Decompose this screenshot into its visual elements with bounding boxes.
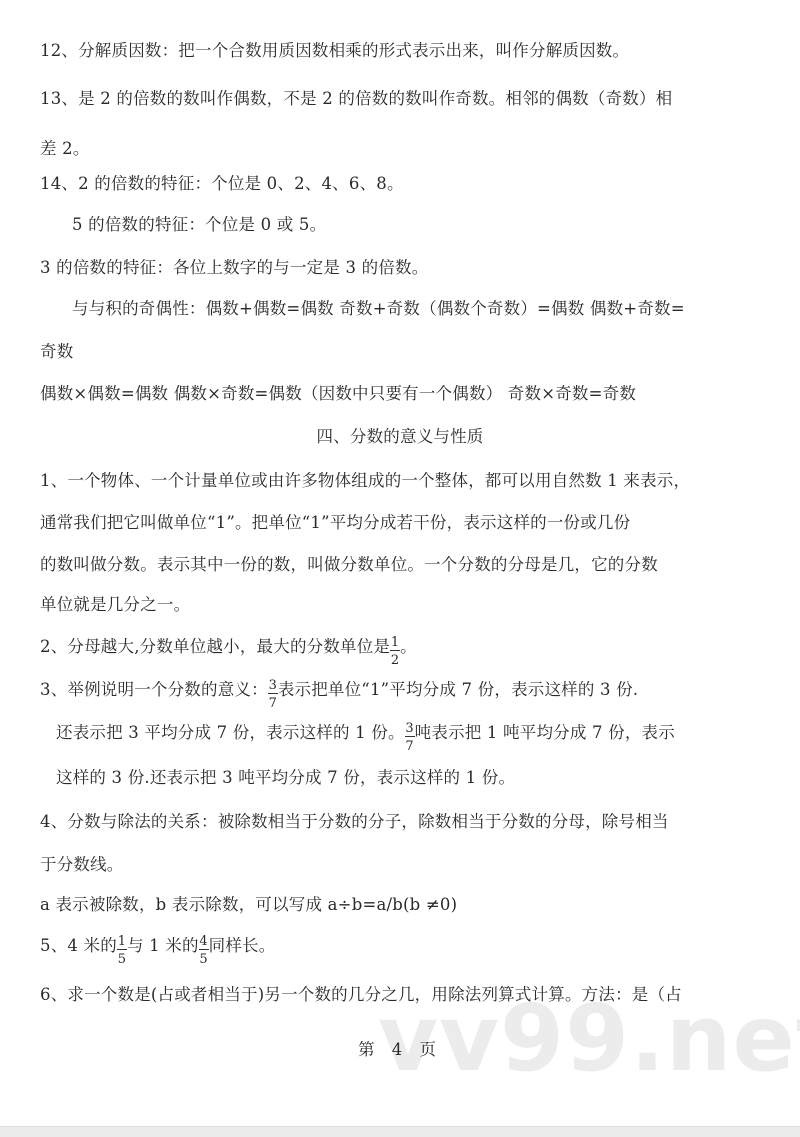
denominator: 5	[199, 950, 209, 966]
numerator: 1	[390, 636, 400, 651]
text: 5、4 米的	[40, 936, 117, 955]
item-5: 5、4 米的15与 1 米的45同样长。	[40, 935, 275, 966]
text-line: 偶数×偶数=偶数 偶数×奇数=偶数（因数中只要有一个偶数） 奇数×奇数=奇数	[40, 383, 636, 405]
numerator: 3	[268, 679, 278, 694]
text-line: 差 2。	[40, 138, 90, 160]
page-edge	[0, 1126, 800, 1137]
text: 吨表示把 1 吨平均分成 7 份，表示	[415, 723, 675, 742]
text: 与 1 米的	[127, 936, 199, 955]
text-line: 3 的倍数的特征：各位上数字的与一定是 3 的倍数。	[40, 257, 428, 279]
numerator: 4	[199, 935, 209, 950]
text: 。	[400, 637, 417, 656]
text-line: 的数叫做分数。表示其中一份的数，叫做分数单位。一个分数的分母是几，它的分数	[40, 554, 658, 576]
text: 还表示把 3 平均分成 7 份，表示这样的 1 份。	[56, 723, 405, 742]
text: 3、举例说明一个分数的意义：	[40, 680, 268, 699]
denominator: 7	[268, 694, 278, 710]
text-line: 通常我们把它叫做单位“1”。把单位“1”平均分成若干份，表示这样的一份或几份	[40, 512, 630, 534]
fraction: 12	[390, 636, 400, 667]
fraction: 37	[268, 679, 278, 710]
numerator: 3	[405, 722, 415, 737]
text-line: 5 的倍数的特征：个位是 0 或 5。	[72, 214, 326, 236]
item-3-line-3: 这样的 3 份.还表示把 3 吨平均分成 7 份，表示这样的 1 份。	[56, 767, 515, 789]
page-number: 第 4 页	[0, 1036, 800, 1060]
text-line: 4、分数与除法的关系：被除数相当于分数的分子，除数相当于分数的分母，除号相当	[40, 811, 669, 833]
numerator: 1	[117, 935, 127, 950]
item-3-line-2: 还表示把 3 平均分成 7 份，表示这样的 1 份。37吨表示把 1 吨平均分成…	[56, 722, 675, 753]
item-3-line-1: 3、举例说明一个分数的意义：37表示把单位“1”平均分成 7 份，表示这样的 3…	[40, 679, 638, 710]
text-line: 6、求一个数是(占或者相当于)另一个数的几分之几，用除法列算式计算。方法：是（占	[40, 984, 682, 1006]
text-line: 14、2 的倍数的特征：个位是 0、2、4、6、8。	[40, 173, 404, 195]
text-line: 13、是 2 的倍数的数叫作偶数，不是 2 的倍数的数叫作奇数。相邻的偶数（奇数…	[40, 88, 672, 110]
fraction: 37	[405, 722, 415, 753]
text-line: 1、一个物体、一个计量单位或由许多物体组成的一个整体，都可以用自然数 1 来表示…	[40, 470, 690, 492]
fraction: 45	[199, 935, 209, 966]
denominator: 7	[405, 737, 415, 753]
text: 表示把单位“1”平均分成 7 份，表示这样的 3 份.	[278, 680, 639, 699]
text-line: 与与积的奇偶性：偶数+偶数=偶数 奇数+奇数（偶数个奇数）=偶数 偶数+奇数=	[72, 298, 685, 320]
text-line: 单位就是几分之一。	[40, 594, 190, 616]
section-title: 四、分数的意义与性质	[0, 426, 800, 448]
denominator: 5	[117, 950, 127, 966]
text: 2、分母越大,分数单位越小，最大的分数单位是	[40, 637, 390, 656]
text: 同样长。	[209, 936, 276, 955]
text-line: 奇数	[40, 341, 73, 363]
text-line: a 表示被除数，b 表示除数，可以写成 a÷b=a/b(b ≠0)	[40, 894, 457, 916]
item-2: 2、分母越大,分数单位越小，最大的分数单位是12。	[40, 636, 417, 667]
fraction: 15	[117, 935, 127, 966]
text-line: 12、分解质因数：把一个合数用质因数相乘的形式表示出来，叫作分解质因数。	[40, 40, 629, 62]
text-line: 于分数线。	[40, 854, 124, 876]
denominator: 2	[390, 651, 400, 667]
